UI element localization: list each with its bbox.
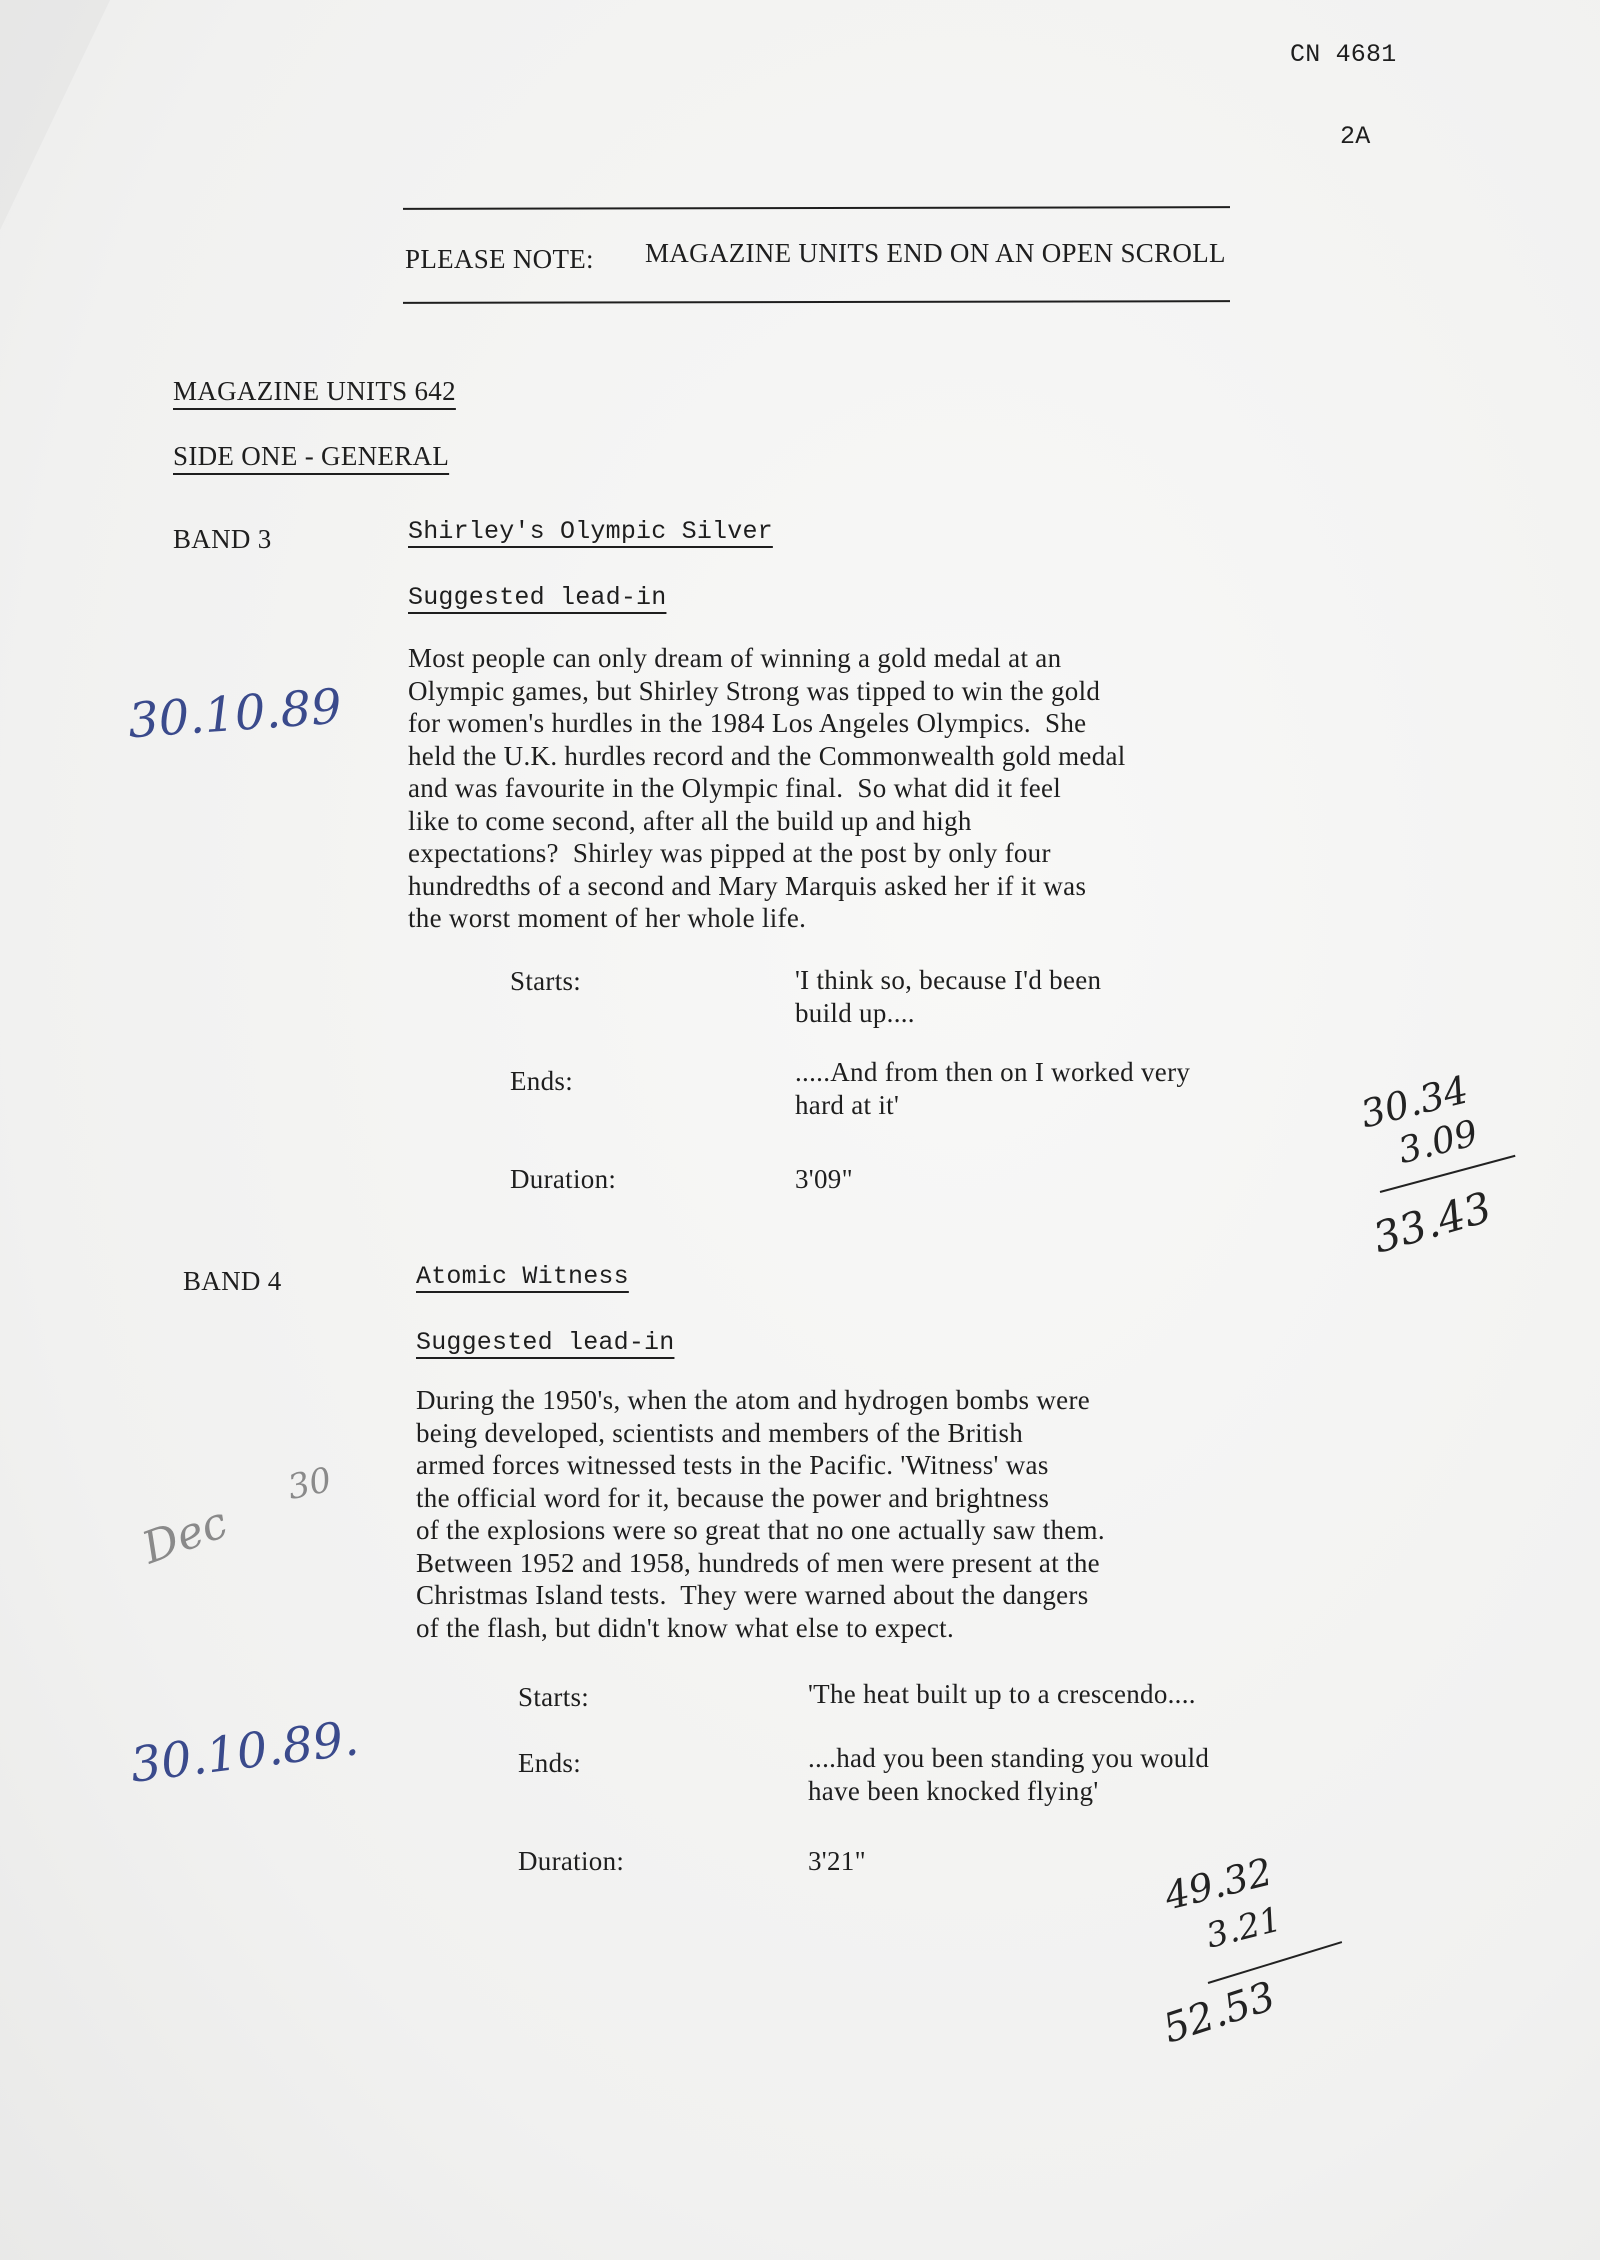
lead-in-heading: Suggested lead-in [408, 583, 666, 612]
page-number: 2A [1340, 122, 1370, 151]
ends-text: .....And from then on I worked very hard… [795, 1056, 1190, 1121]
scanned-page: CN 4681 2A PLEASE NOTE: MAGAZINE UNITS E… [0, 0, 1600, 2260]
handwritten-date-band-3: 30.10.89 [126, 679, 343, 750]
notice-bottom-rule [403, 300, 1230, 304]
notice-text: MAGAZINE UNITS END ON AN OPEN SCROLL [645, 238, 1226, 269]
ends-label: Ends: [510, 1066, 573, 1097]
band-label: BAND 3 [173, 524, 272, 555]
pencil-note-day: 30 [284, 1460, 335, 1508]
duration-label: Duration: [518, 1846, 624, 1877]
duration-value: 3'09" [795, 1164, 853, 1195]
pencil-note-month: Dec [136, 1497, 234, 1574]
lead-in-paragraph: Most people can only dream of winning a … [408, 642, 1126, 935]
band-title: Atomic Witness [416, 1262, 629, 1291]
starts-label: Starts: [510, 966, 581, 997]
duration-label: Duration: [510, 1164, 616, 1195]
ends-text: ....had you been standing you would have… [808, 1742, 1209, 1807]
duration-value: 3'21" [808, 1846, 866, 1877]
sum-total: 33.43 [1368, 1182, 1497, 1262]
ends-label: Ends: [518, 1748, 581, 1779]
notice-top-rule [403, 206, 1230, 210]
starts-label: Starts: [518, 1682, 589, 1713]
handwritten-date-band-4: 30.10.89. [127, 1710, 361, 1793]
band-title: Shirley's Olympic Silver [408, 517, 773, 546]
band-label: BAND 4 [183, 1266, 282, 1297]
sum-total: 52.53 [1158, 1973, 1281, 2052]
lead-in-paragraph: During the 1950's, when the atom and hyd… [416, 1384, 1105, 1644]
notice-label: PLEASE NOTE: [405, 244, 594, 275]
folded-corner-shadow [0, 0, 110, 230]
lead-in-heading: Suggested lead-in [416, 1328, 674, 1357]
starts-text: 'I think so, because I'd been build up..… [795, 964, 1101, 1029]
starts-text: 'The heat built up to a crescendo.... [808, 1678, 1196, 1711]
sum-add: 3.21 [1202, 1899, 1285, 1956]
section-subtitle: SIDE ONE - GENERAL [173, 441, 449, 472]
catalogue-number: CN 4681 [1290, 40, 1396, 69]
section-title: MAGAZINE UNITS 642 [173, 376, 456, 407]
